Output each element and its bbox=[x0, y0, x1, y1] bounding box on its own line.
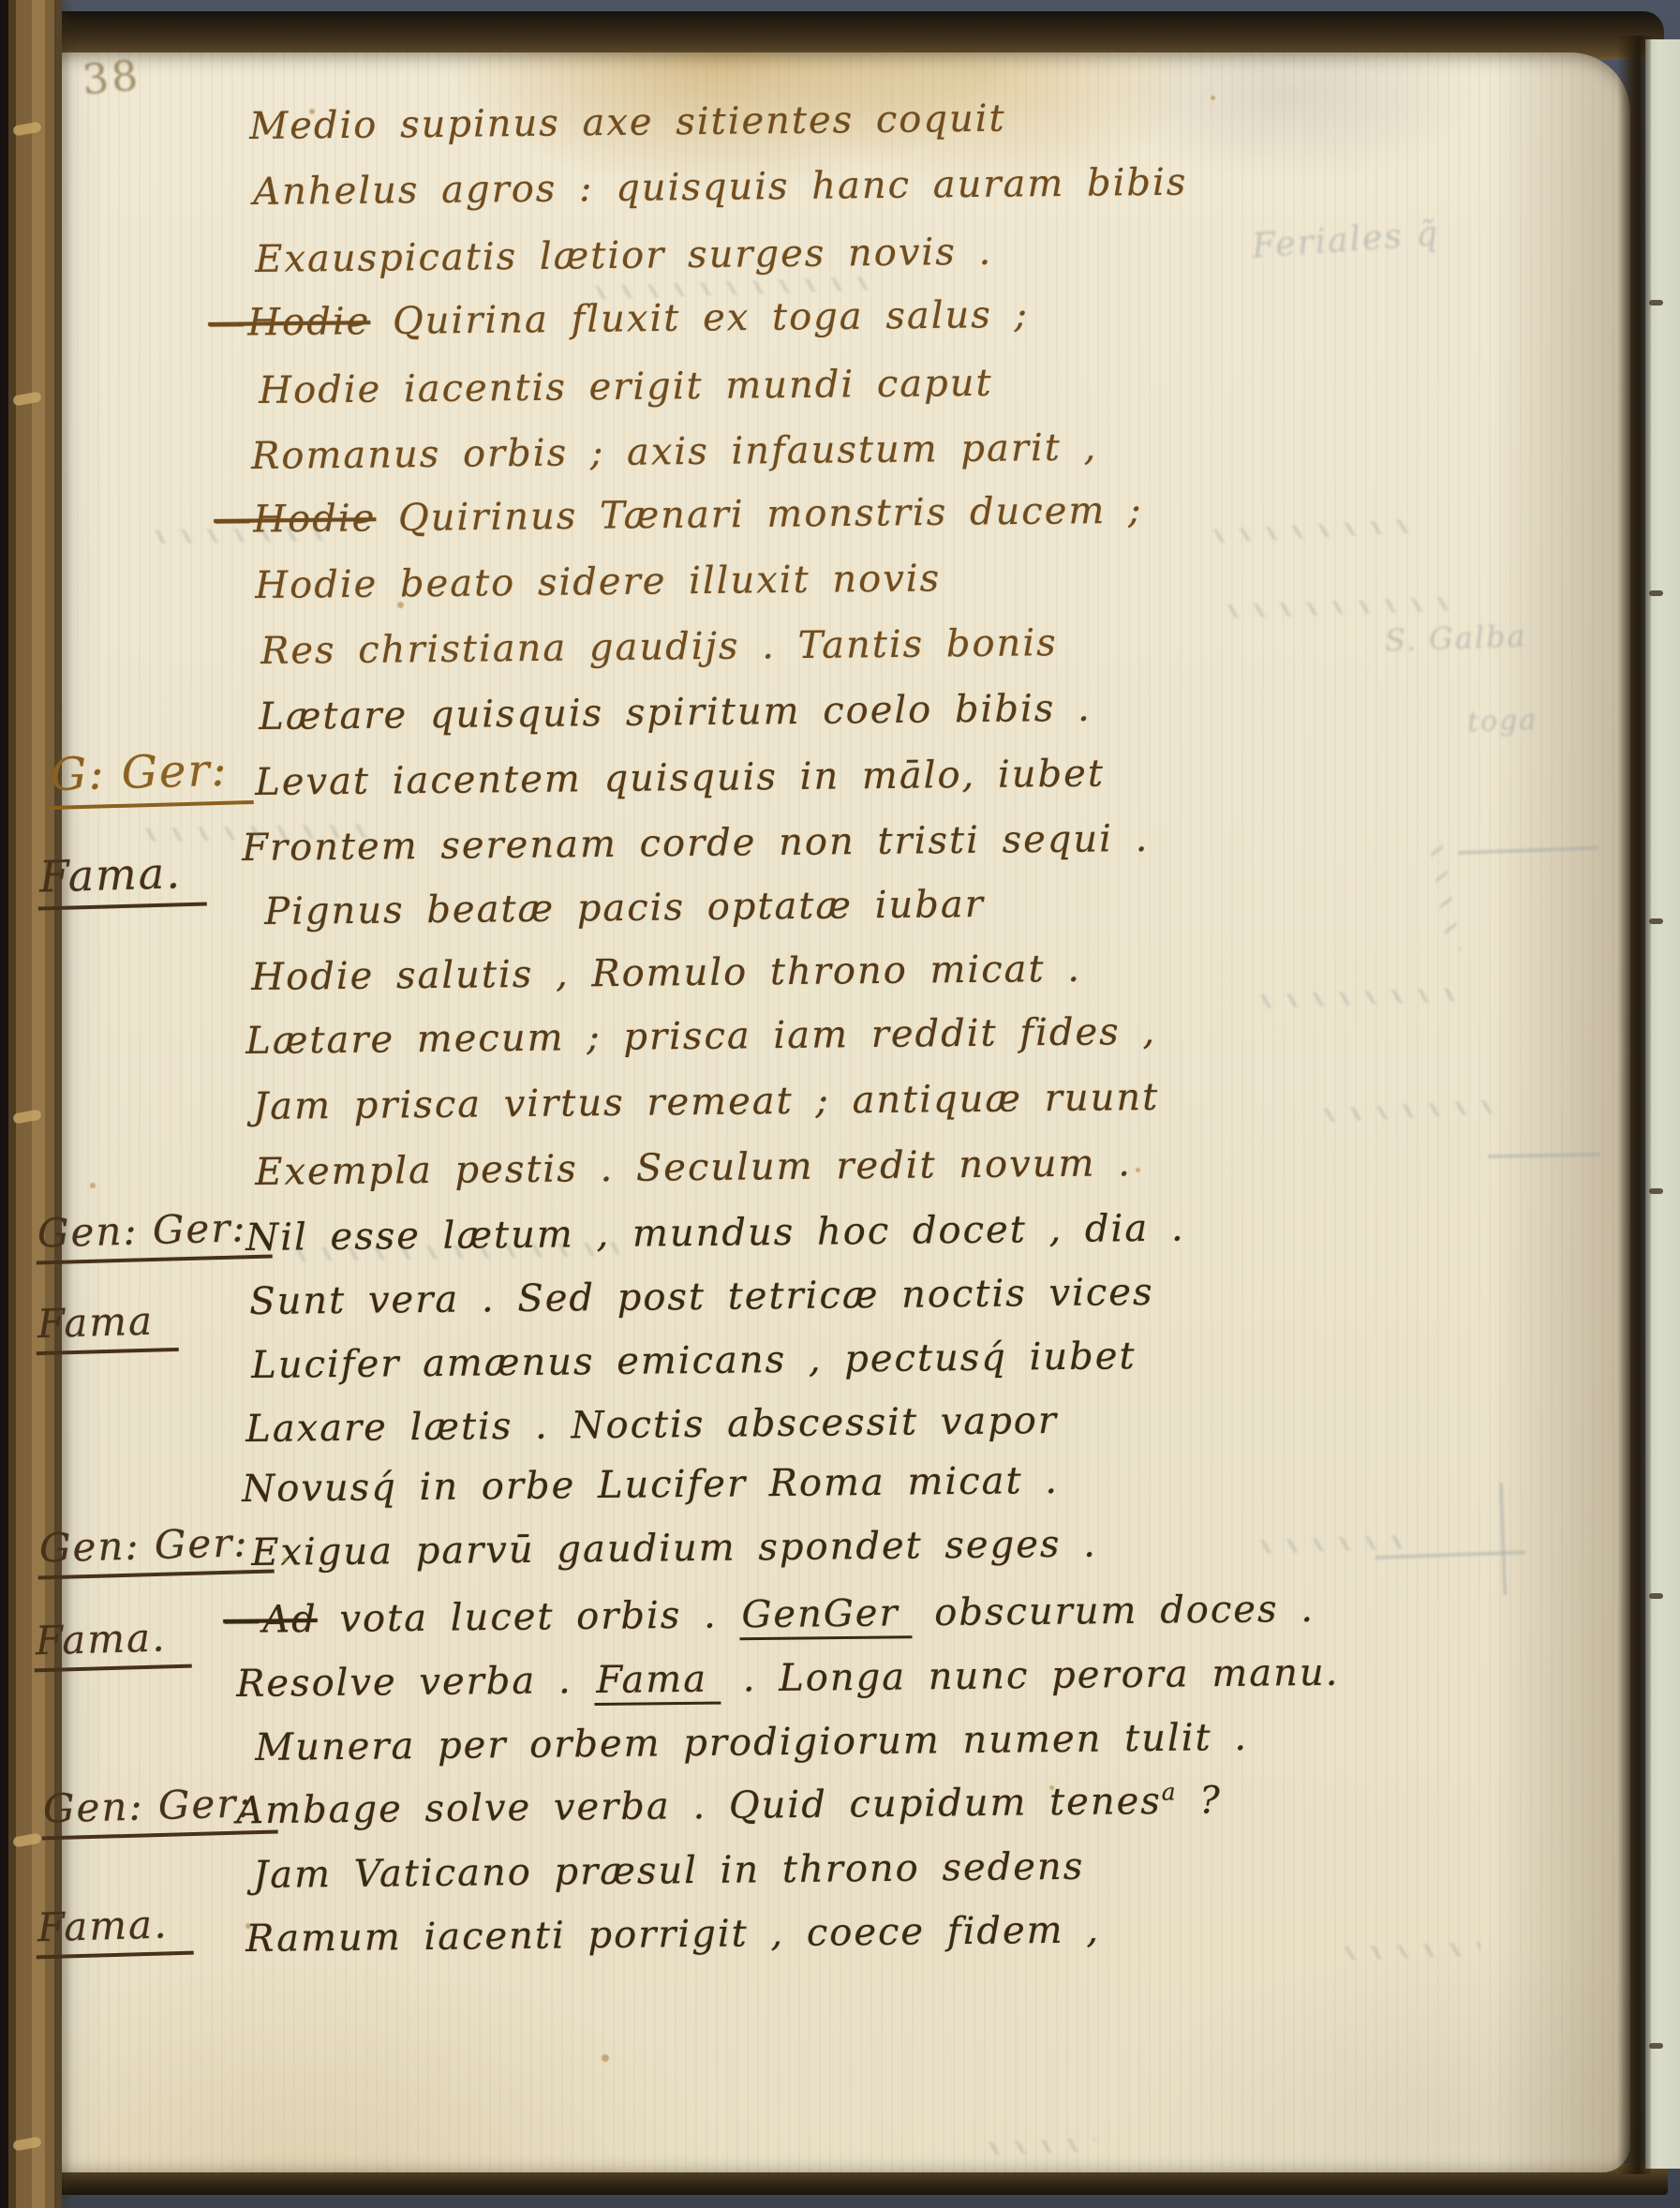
margin-note-label: Fama. bbox=[37, 847, 207, 911]
foxing-spot bbox=[1211, 96, 1215, 100]
foxing-spot bbox=[90, 1183, 96, 1188]
bleedthrough-note: toga bbox=[1466, 704, 1538, 739]
margin-note: Gen: Ger: bbox=[36, 1207, 272, 1261]
foxing-spot bbox=[309, 109, 315, 114]
next-page-ink-speck bbox=[1649, 590, 1663, 596]
margin-note: Fama. bbox=[37, 849, 206, 908]
manuscript-line: Exauspicatis lætior surges novis . bbox=[255, 231, 992, 281]
manuscript-line: Hodie beato sidere illuxit novis bbox=[255, 557, 941, 607]
bleedthrough-mark bbox=[1246, 1535, 1415, 1554]
manuscript-line: Romanus orbis ; axis infaustum parit , bbox=[251, 426, 1098, 478]
verse-text: Ambage solve verba . Quid cupidum tenes bbox=[236, 1780, 1162, 1832]
verse-text: Pignus beatæ pacis optatæ iubar bbox=[264, 883, 985, 933]
margin-note-label: Gen: Ger: bbox=[37, 1518, 274, 1579]
verse-text: Lætare quisquis spiritum coelo bibis . bbox=[259, 687, 1092, 738]
foxing-spot bbox=[1049, 1785, 1054, 1790]
verse-text: Hodie iacentis erigit mundi caput bbox=[259, 362, 993, 412]
verse-text: Quirinus Tænari monstris ducem ; bbox=[376, 489, 1143, 541]
bleedthrough-note: S. Galba bbox=[1384, 618, 1527, 658]
manuscript-line: Frontem serenam corde non tristi sequi . bbox=[242, 817, 1150, 870]
verse-text: Romanus orbis ; axis infaustum parit , bbox=[251, 426, 1098, 478]
verse-text: Ramum iacenti porrigit , coece fidem , bbox=[245, 1908, 1100, 1961]
verse-text: a bbox=[1162, 1778, 1178, 1805]
verse-text: Jam prisca virtus remeat ; antiquæ ruunt bbox=[253, 1076, 1159, 1128]
next-page-ink-speck bbox=[1649, 918, 1663, 924]
verse-text: Res christiana gaudijs . Tantis bonis bbox=[260, 621, 1058, 673]
bleedthrough-mark bbox=[1331, 1942, 1480, 1961]
verse-text: Hodie salutis , Romulo throno micat . bbox=[251, 947, 1081, 999]
verse-text: Exempla pestis . Seculum redit novum . bbox=[255, 1141, 1132, 1194]
margin-note: Gen: Ger: bbox=[37, 1522, 274, 1576]
manuscript-line: Jam Vaticano præsul in throno sedens bbox=[253, 1845, 1084, 1897]
manuscript-line: —Hodie Quirinus Tænari monstris ducem ; bbox=[214, 489, 1143, 542]
verse-text: Frontem serenam corde non tristi sequi . bbox=[242, 817, 1150, 870]
verse-text: Munera per orbem prodigiorum numen tulit… bbox=[255, 1716, 1248, 1769]
struck-word: —Ad bbox=[223, 1598, 318, 1642]
next-page-ink-speck bbox=[1649, 1188, 1663, 1194]
manuscript-line: Hodie iacentis erigit mundi caput bbox=[259, 362, 993, 412]
verse-text: Anhelus agros : quisquis hanc auram bibi… bbox=[253, 161, 1188, 214]
manuscript-line: Lucifer amænus emicans , pectusq́ iubet bbox=[251, 1335, 1137, 1387]
verse-text: Quirina fluxit ex toga salus ; bbox=[370, 293, 1029, 343]
margin-note-label: Fama. bbox=[33, 1614, 191, 1673]
verse-text: Medio supinus axe sitientes coquit bbox=[249, 97, 1006, 148]
margin-note: Fama. bbox=[34, 1616, 191, 1670]
margin-note-label: Fama bbox=[35, 1297, 179, 1355]
verse-text: Novusq́ in orbe Lucifer Roma micat . bbox=[242, 1459, 1059, 1511]
verse-text: Resolve verba . bbox=[236, 1659, 595, 1706]
manuscript-line: Levat iacentem quisquis in mālo, iubet bbox=[255, 753, 1105, 804]
underlined-word: GenGer bbox=[739, 1591, 913, 1640]
verse-text: Sunt vera . Sed post tetricæ noctis vice… bbox=[249, 1271, 1154, 1323]
verse-text: obscurum doces . bbox=[912, 1588, 1315, 1634]
verse-text: Levat iacentem quisquis in mālo, iubet bbox=[255, 753, 1105, 804]
bleedthrough-rule bbox=[1499, 1483, 1507, 1595]
manuscript-line: Anhelus agros : quisquis hanc auram bibi… bbox=[253, 161, 1188, 214]
bleedthrough-rule bbox=[1458, 846, 1598, 855]
bleedthrough-mark bbox=[974, 2138, 1096, 2156]
next-page-ink-speck bbox=[1649, 2043, 1663, 2049]
manuscript-line: Exempla pestis . Seculum redit novum . bbox=[255, 1141, 1132, 1194]
foxing-spot bbox=[397, 602, 404, 608]
manuscript-line: Novusq́ in orbe Lucifer Roma micat . bbox=[242, 1459, 1059, 1511]
foxing-spot bbox=[283, 1558, 288, 1562]
manuscript-scan: 38 Medio supinus axe sitientes coquitAnh… bbox=[0, 0, 1680, 2208]
foxing-spot bbox=[245, 1923, 251, 1929]
manuscript-line: Medio supinus axe sitientes coquit bbox=[249, 97, 1006, 148]
bleedthrough-mark bbox=[141, 527, 337, 544]
foxing-spot bbox=[1136, 1168, 1140, 1172]
verse-text: Lucifer amænus emicans , pectusq́ iubet bbox=[251, 1335, 1137, 1387]
verse-text: Hodie beato sidere illuxit novis bbox=[255, 557, 941, 607]
manuscript-line: —Ad vota lucet orbis . GenGer obscurum d… bbox=[223, 1588, 1315, 1642]
manuscript-line: Res christiana gaudijs . Tantis bonis bbox=[260, 621, 1058, 673]
manuscript-line: Lætare quisquis spiritum coelo bibis . bbox=[259, 687, 1092, 738]
verse-text: Exauspicatis lætior surges novis . bbox=[255, 231, 992, 281]
margin-note: Fama. bbox=[36, 1902, 193, 1957]
foxing-spot bbox=[602, 2054, 609, 2062]
bleedthrough-mark bbox=[1310, 1100, 1497, 1123]
manuscript-line: Exigua parvū gaudium spondet seges . bbox=[251, 1523, 1097, 1574]
bleedthrough-mark bbox=[1213, 597, 1452, 619]
manuscript-line: —Hodie Quirina fluxit ex toga salus ; bbox=[208, 293, 1029, 345]
margin-note-label: Fama. bbox=[35, 1901, 193, 1960]
margin-note: Fama bbox=[36, 1299, 178, 1353]
manuscript-text-block: Medio supinus axe sitientes coquitAnhelu… bbox=[0, 0, 1680, 2208]
bleedthrough-note: Feriales q̃ bbox=[1251, 215, 1441, 266]
manuscript-line: Lætare mecum ; prisca iam reddit fides , bbox=[245, 1010, 1156, 1063]
manuscript-line: Resolve verba . Fama . Longa nunc perora… bbox=[236, 1651, 1340, 1706]
manuscript-line: Jam prisca virtus remeat ; antiquæ ruunt bbox=[253, 1076, 1159, 1128]
verse-text: . Longa nunc perora manu. bbox=[721, 1651, 1340, 1701]
margin-note: G: Ger: bbox=[49, 746, 253, 807]
verse-text: Laxare lætis . Noctis abscessit vapor bbox=[245, 1399, 1058, 1451]
manuscript-line: Ramum iacenti porrigit , coece fidem , bbox=[245, 1908, 1100, 1961]
manuscript-line: Laxare lætis . Noctis abscessit vapor bbox=[245, 1399, 1058, 1451]
bleedthrough-mark bbox=[1246, 988, 1471, 1008]
verse-text: Exigua parvū gaudium spondet seges . bbox=[251, 1523, 1097, 1574]
underlined-word: Fama bbox=[594, 1658, 721, 1706]
manuscript-line: Munera per orbem prodigiorum numen tulit… bbox=[255, 1716, 1248, 1769]
margin-note-label: G: Ger: bbox=[48, 743, 253, 810]
struck-word: —Hodie bbox=[208, 300, 371, 345]
manuscript-line: Sunt vera . Sed post tetricæ noctis vice… bbox=[249, 1271, 1154, 1323]
next-page-ink-speck bbox=[1649, 1593, 1663, 1599]
margin-note-label: Gen: Ger: bbox=[40, 1779, 277, 1840]
margin-note-label: Gen: Ger: bbox=[35, 1203, 272, 1264]
bleedthrough-mark bbox=[1199, 519, 1415, 544]
manuscript-line: Ambage solve verba . Quid cupidum tenesa… bbox=[236, 1778, 1222, 1832]
verse-text: vota lucet orbis . bbox=[317, 1593, 739, 1641]
next-page-ink-speck bbox=[1649, 300, 1663, 306]
verse-text: Lætare mecum ; prisca iam reddit fides , bbox=[245, 1010, 1156, 1063]
verse-text: ? bbox=[1177, 1779, 1222, 1822]
bleedthrough-rule bbox=[1488, 1153, 1600, 1158]
verse-text: Jam Vaticano præsul in throno sedens bbox=[253, 1845, 1084, 1897]
manuscript-line: Pignus beatæ pacis optatæ iubar bbox=[264, 883, 985, 933]
manuscript-line: Hodie salutis , Romulo throno micat . bbox=[251, 947, 1081, 999]
bleedthrough-mark bbox=[1427, 830, 1461, 952]
margin-note: Gen: Ger: bbox=[41, 1783, 277, 1837]
